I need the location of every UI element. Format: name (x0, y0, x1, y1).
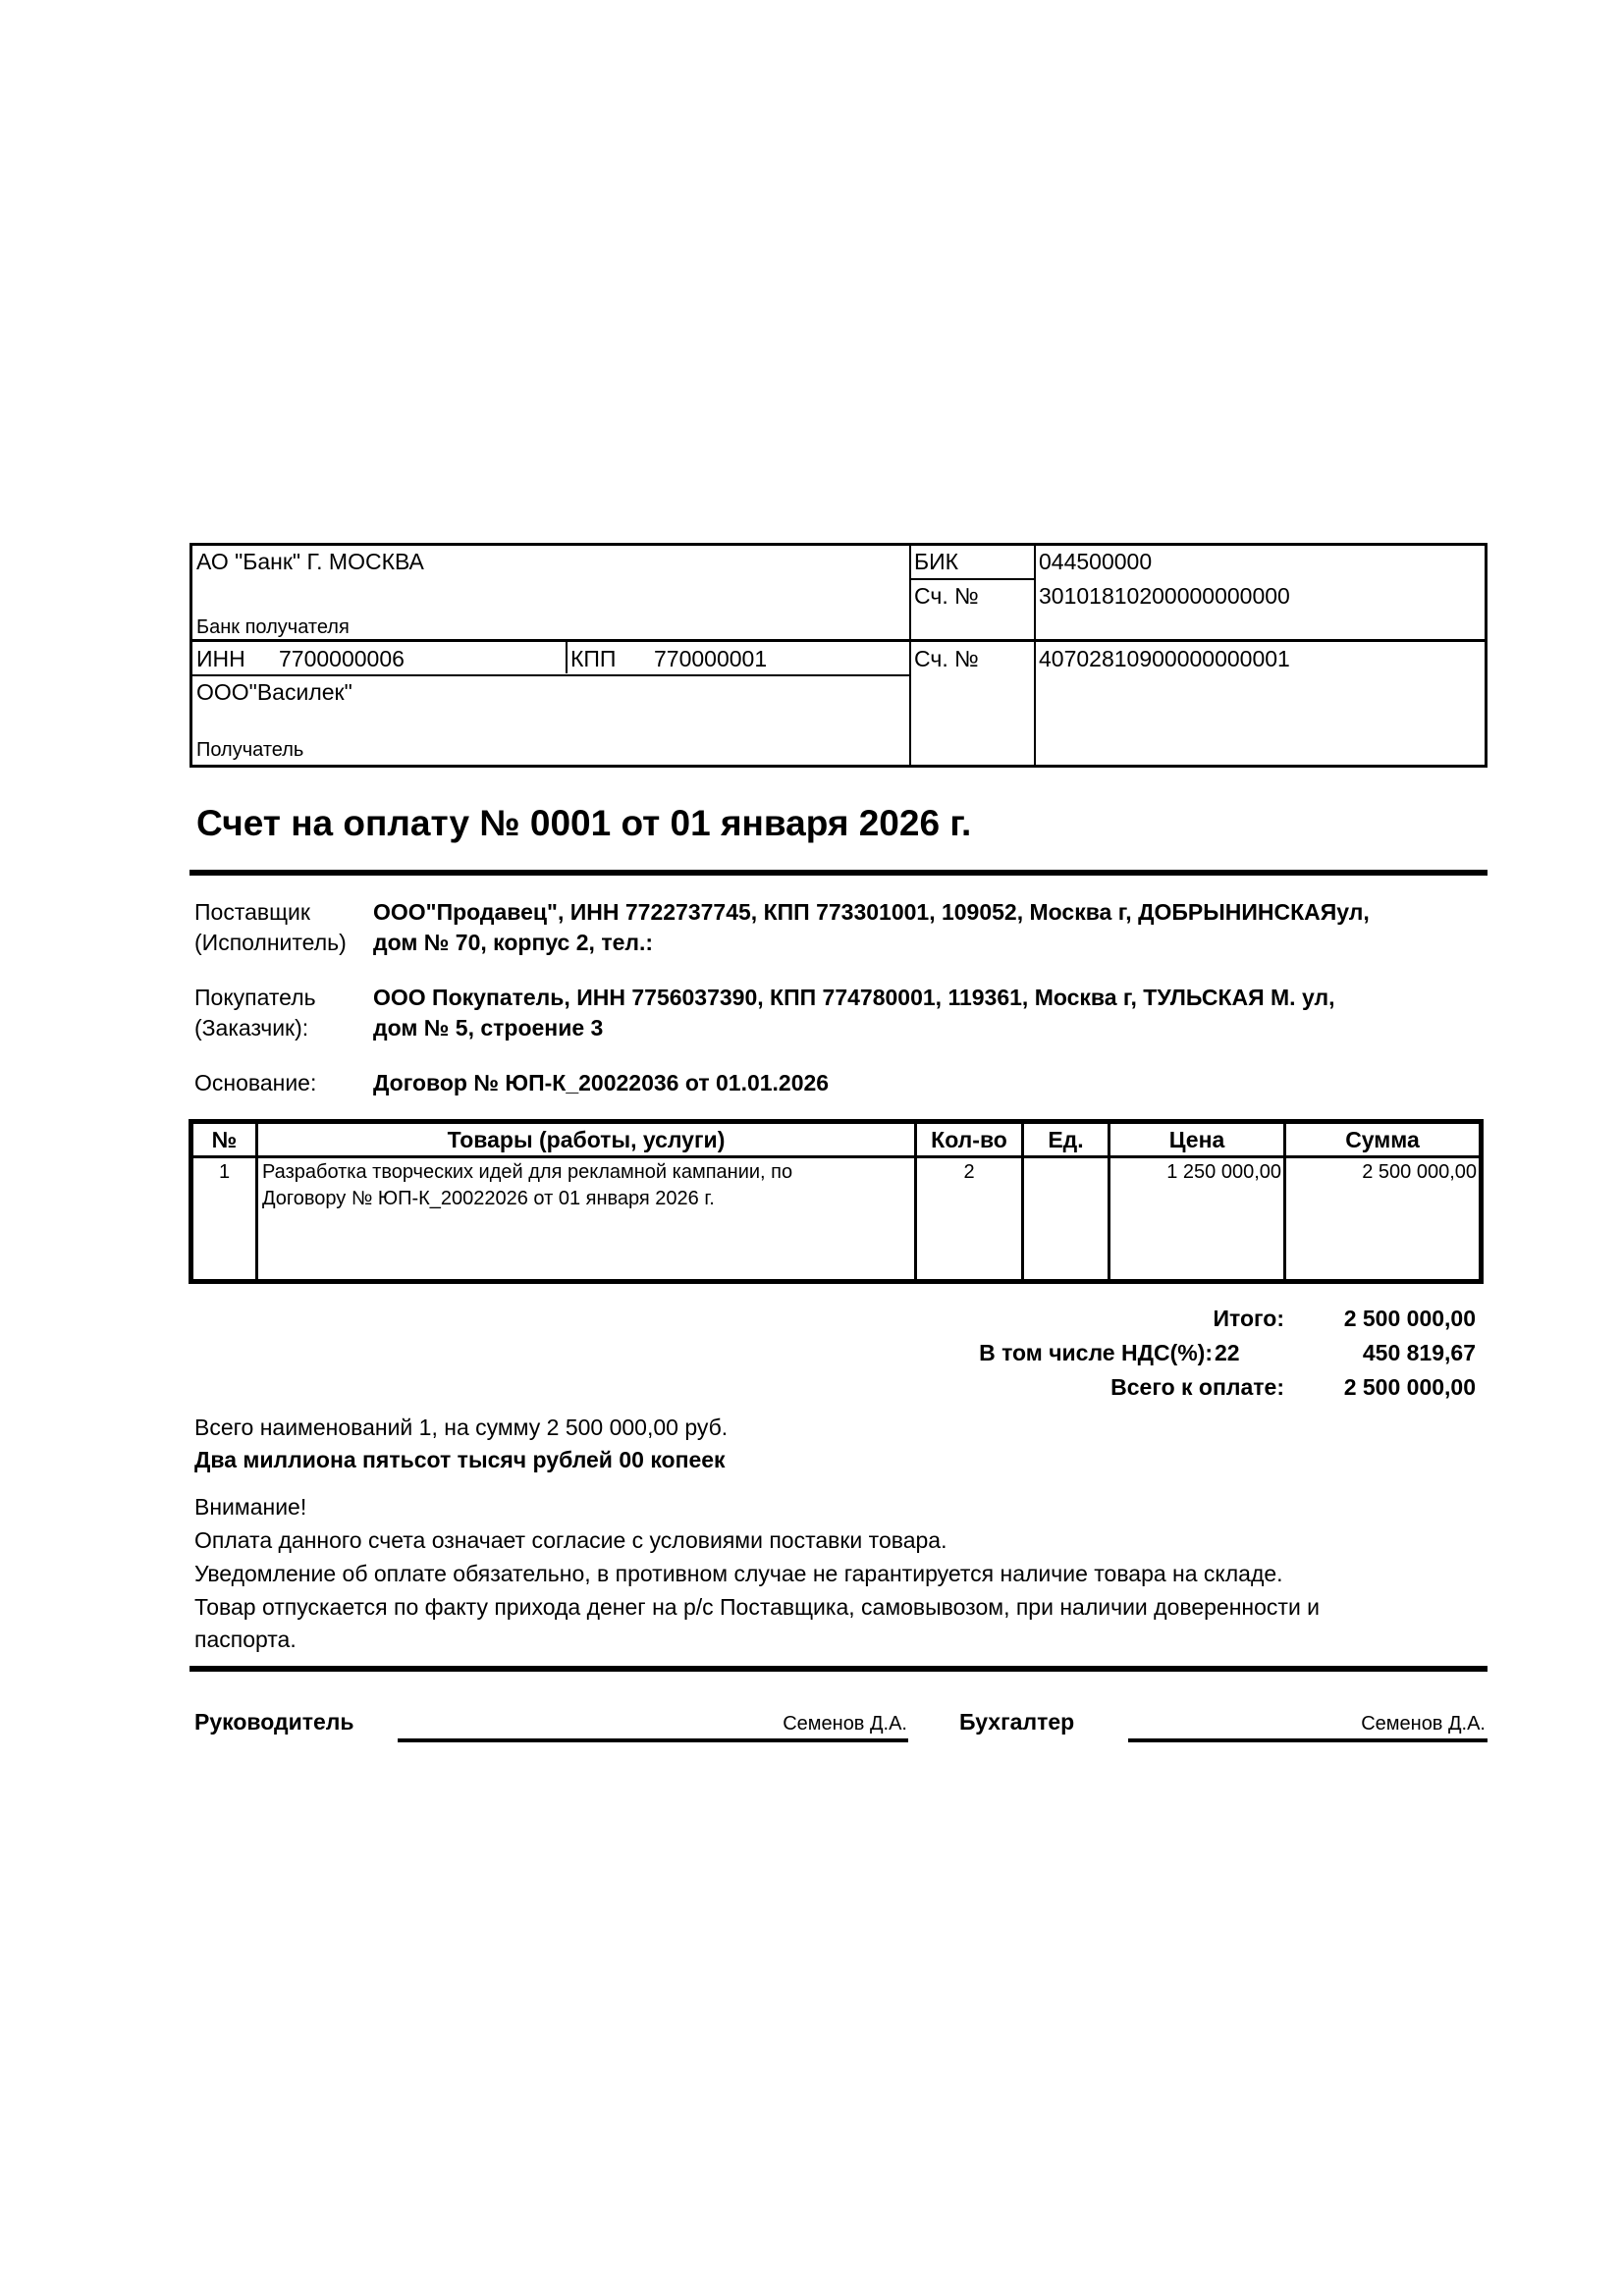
vat-label: В том числе НДС(%): (979, 1340, 1213, 1366)
buyer-details-1: ООО Покупатель, ИНН 7756037390, КПП 7747… (373, 983, 1492, 1013)
vat-value: 450 819,67 (1363, 1340, 1476, 1366)
corr-account-value: 30101810200000000000 (1039, 583, 1290, 609)
total-value: 2 500 000,00 (1344, 1306, 1476, 1332)
row-name-2: Договору № ЮП-К_20022026 от 01 января 20… (262, 1186, 910, 1212)
buyer-label: Покупатель (194, 983, 316, 1013)
total-label: Итого: (1213, 1306, 1284, 1332)
basis-label: Основание: (194, 1068, 316, 1098)
col-header-sum: Сумма (1286, 1124, 1479, 1155)
account-label: Сч. № (914, 646, 979, 671)
note-line-3: Товар отпускается по факту прихода денег… (194, 1590, 1320, 1624)
bik-label: БИК (914, 549, 958, 574)
row-sum: 2 500 000,00 (1286, 1159, 1477, 1186)
vat-rate: 22 (1215, 1340, 1240, 1366)
supplier-label: Поставщик (194, 897, 310, 928)
items-table: № Товары (работы, услуги) Кол-во Ед. Цен… (189, 1119, 1484, 1284)
bik-value: 044500000 (1039, 549, 1152, 574)
invoice-title: Счет на оплату № 0001 от 01 января 2026 … (196, 803, 971, 844)
note-line-2: Уведомление об оплате обязательно, в про… (194, 1557, 1283, 1590)
row-num: 1 (193, 1159, 255, 1186)
notes-rule (189, 1666, 1488, 1672)
bank-name: АО "Банк" Г. МОСКВА (196, 549, 424, 574)
due-value: 2 500 000,00 (1344, 1374, 1476, 1401)
kpp-label: КПП (570, 646, 616, 671)
accountant-label: Бухгалтер (959, 1709, 1074, 1735)
divider (192, 639, 1485, 642)
bank-details-table: АО "Банк" Г. МОСКВА Банк получателя ИНН … (189, 543, 1488, 768)
director-label: Руководитель (194, 1709, 354, 1735)
col-header-goods: Товары (работы, услуги) (258, 1124, 914, 1155)
supplier-details-1: ООО"Продавец", ИНН 7722737745, КПП 77330… (373, 897, 1492, 928)
divider (192, 674, 911, 676)
director-name: Семенов Д.А. (783, 1713, 907, 1735)
col-header-price: Цена (1110, 1124, 1283, 1155)
col-header-qty: Кол-во (917, 1124, 1021, 1155)
row-name-1: Разработка творческих идей для рекламной… (262, 1159, 910, 1186)
bank-label: Банк получателя (196, 614, 350, 640)
inn-label: ИНН (196, 646, 245, 671)
supplier-details-2: дом № 70, корпус 2, тел.: (373, 928, 1492, 958)
divider (566, 640, 568, 673)
amount-in-words: Два миллиона пятьсот тысяч рублей 00 коп… (194, 1443, 726, 1476)
note-line-4: паспорта. (194, 1623, 297, 1656)
title-rule (189, 870, 1488, 876)
kpp-value: 770000001 (654, 646, 767, 671)
inn-value: 7700000006 (279, 646, 405, 671)
director-signature-line (398, 1738, 908, 1742)
account-value: 40702810900000000001 (1039, 646, 1290, 671)
note-line-1: Оплата данного счета означает согласие с… (194, 1523, 947, 1557)
supplier-sublabel: (Исполнитель) (194, 928, 347, 958)
col-header-unit: Ед. (1024, 1124, 1108, 1155)
items-count-summary: Всего наименований 1, на сумму 2 500 000… (194, 1411, 728, 1444)
basis-value: Договор № ЮП-К_20022036 от 01.01.2026 (373, 1068, 1492, 1098)
row-price: 1 250 000,00 (1110, 1159, 1281, 1186)
buyer-details-2: дом № 5, строение 3 (373, 1013, 1492, 1043)
recipient-label: Получатель (196, 737, 303, 763)
corr-account-label: Сч. № (914, 583, 979, 609)
due-label: Всего к оплате: (1110, 1374, 1284, 1401)
accountant-signature-line (1128, 1738, 1488, 1742)
buyer-sublabel: (Заказчик): (194, 1013, 308, 1043)
col-header-num: № (193, 1124, 255, 1155)
divider (909, 578, 1036, 580)
accountant-name: Семенов Д.А. (1361, 1713, 1486, 1735)
attention-heading: Внимание! (194, 1490, 306, 1523)
row-qty: 2 (917, 1159, 1021, 1186)
recipient-name: ООО"Василек" (196, 679, 352, 705)
